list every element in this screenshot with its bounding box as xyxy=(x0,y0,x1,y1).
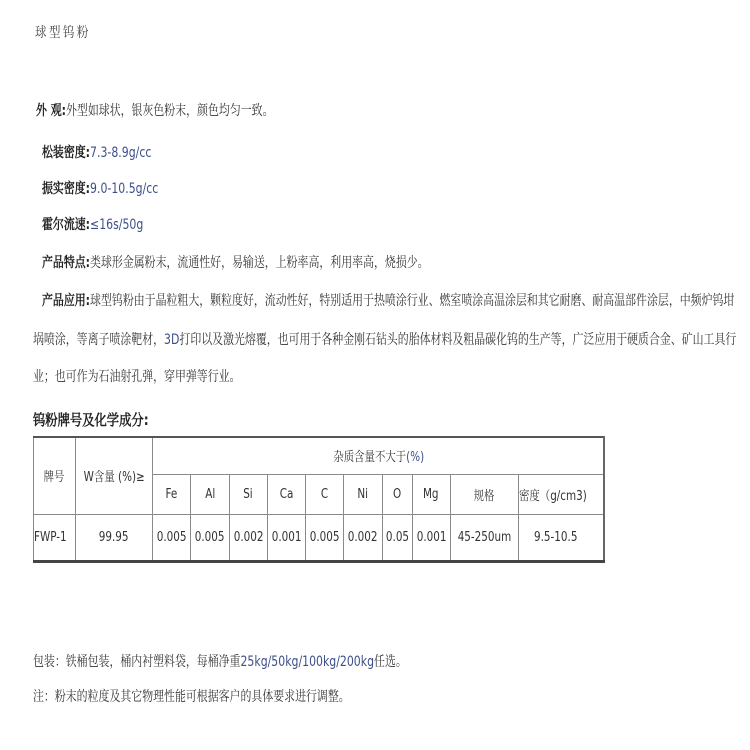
3d-text: 3D xyxy=(164,332,179,348)
property-bulk-density: 松装密度:7.3-8.9g/cc xyxy=(42,142,151,162)
property-value: 7.3-8.9g/cc xyxy=(90,145,151,161)
property-label: 霍尔流速: xyxy=(42,217,90,233)
page-title: 球型钨粉 xyxy=(35,22,91,42)
application-continued-2: 业；也可作为石油射孔弹，穿甲弹等行业。 xyxy=(33,366,240,386)
table-header-row: 牌号 W含量 (%)≥ 杂质含量不大于(%) xyxy=(34,437,605,474)
cell-fe: 0.005 xyxy=(153,514,191,561)
col-ca: Ca xyxy=(267,474,305,514)
cell-o: 0.05 xyxy=(382,514,412,561)
note-text: 注：粉末的粒度及其它物理性能可根据客户的具体要求进行调整。 xyxy=(33,686,350,706)
property-features: 产品特点:类球形金属粉末，流通性好，易输送，上粉率高，利用率高，烧损少。 xyxy=(42,252,429,272)
cell-ni: 0.002 xyxy=(344,514,382,561)
composition-table: 牌号 W含量 (%)≥ 杂质含量不大于(%) Fe Al Si Ca C Ni … xyxy=(33,436,605,563)
property-appearance: 外 观:外型如球状，银灰色粉末，颜色均匀一致。 xyxy=(36,100,273,120)
property-hall-flow: 霍尔流速:≤16s/50g xyxy=(42,214,143,234)
property-label: 外 观: xyxy=(36,103,66,119)
property-label: 振实密度: xyxy=(42,181,90,197)
cell-ca: 0.001 xyxy=(267,514,305,561)
property-value: ≤16s/50g xyxy=(90,217,143,233)
cell-mg: 0.001 xyxy=(412,514,450,561)
header-impurity: 杂质含量不大于(%) xyxy=(153,437,605,474)
header-w-content: W含量 (%)≥ xyxy=(75,437,152,514)
property-label: 产品应用: xyxy=(42,293,90,309)
table-section-title: 钨粉牌号及化学成分: xyxy=(33,409,149,430)
header-grade: 牌号 xyxy=(34,437,76,514)
cell-c: 0.005 xyxy=(306,514,344,561)
property-label: 产品特点: xyxy=(42,255,90,271)
cell-size: 45-250um xyxy=(450,514,518,561)
col-al: Al xyxy=(191,474,229,514)
col-fe: Fe xyxy=(153,474,191,514)
property-value: 9.0-10.5g/cc xyxy=(90,181,158,197)
property-value: 类球形金属粉末，流通性好，易输送，上粉率高，利用率高，烧损少。 xyxy=(90,255,429,271)
cell-density: 9.5-10.5 xyxy=(518,514,604,561)
property-value: 球型钨粉由于晶粒粗大，颗粒度好，流动性好，特别适用于热喷涂行业、燃室喷涂高温涂层… xyxy=(90,293,734,309)
cell-si: 0.002 xyxy=(229,514,267,561)
col-size: 规格 xyxy=(450,474,518,514)
cell-al: 0.005 xyxy=(191,514,229,561)
cell-grade: FWP-1 xyxy=(34,514,76,561)
table-row: FWP-1 99.95 0.005 0.005 0.002 0.001 0.00… xyxy=(34,514,605,561)
col-o: O xyxy=(382,474,412,514)
col-density: 密度（g/cm3) xyxy=(518,474,604,514)
property-value: 外型如球状，银灰色粉末，颜色均匀一致。 xyxy=(66,103,273,119)
packaging-weights: 25kg/50kg/100kg/200kg xyxy=(240,654,374,670)
property-tap-density: 振实密度:9.0-10.5g/cc xyxy=(42,178,158,198)
col-c: C xyxy=(306,474,344,514)
col-si: Si xyxy=(229,474,267,514)
application-continued-1: 埚喷涂，等离子喷涂靶材，3D打印以及激光熔覆，也可用于各种金刚石钻头的胎体材料及… xyxy=(33,329,736,349)
packaging-text: 包装：铁桶包装，桶内衬塑料袋，每桶净重25kg/50kg/100kg/200kg… xyxy=(33,651,407,671)
property-label: 松装密度: xyxy=(42,145,90,161)
col-ni: Ni xyxy=(344,474,382,514)
property-application: 产品应用:球型钨粉由于晶粒粗大，颗粒度好，流动性好，特别适用于热喷涂行业、燃室喷… xyxy=(42,290,734,310)
cell-w: 99.95 xyxy=(75,514,152,561)
col-mg: Mg xyxy=(412,474,450,514)
